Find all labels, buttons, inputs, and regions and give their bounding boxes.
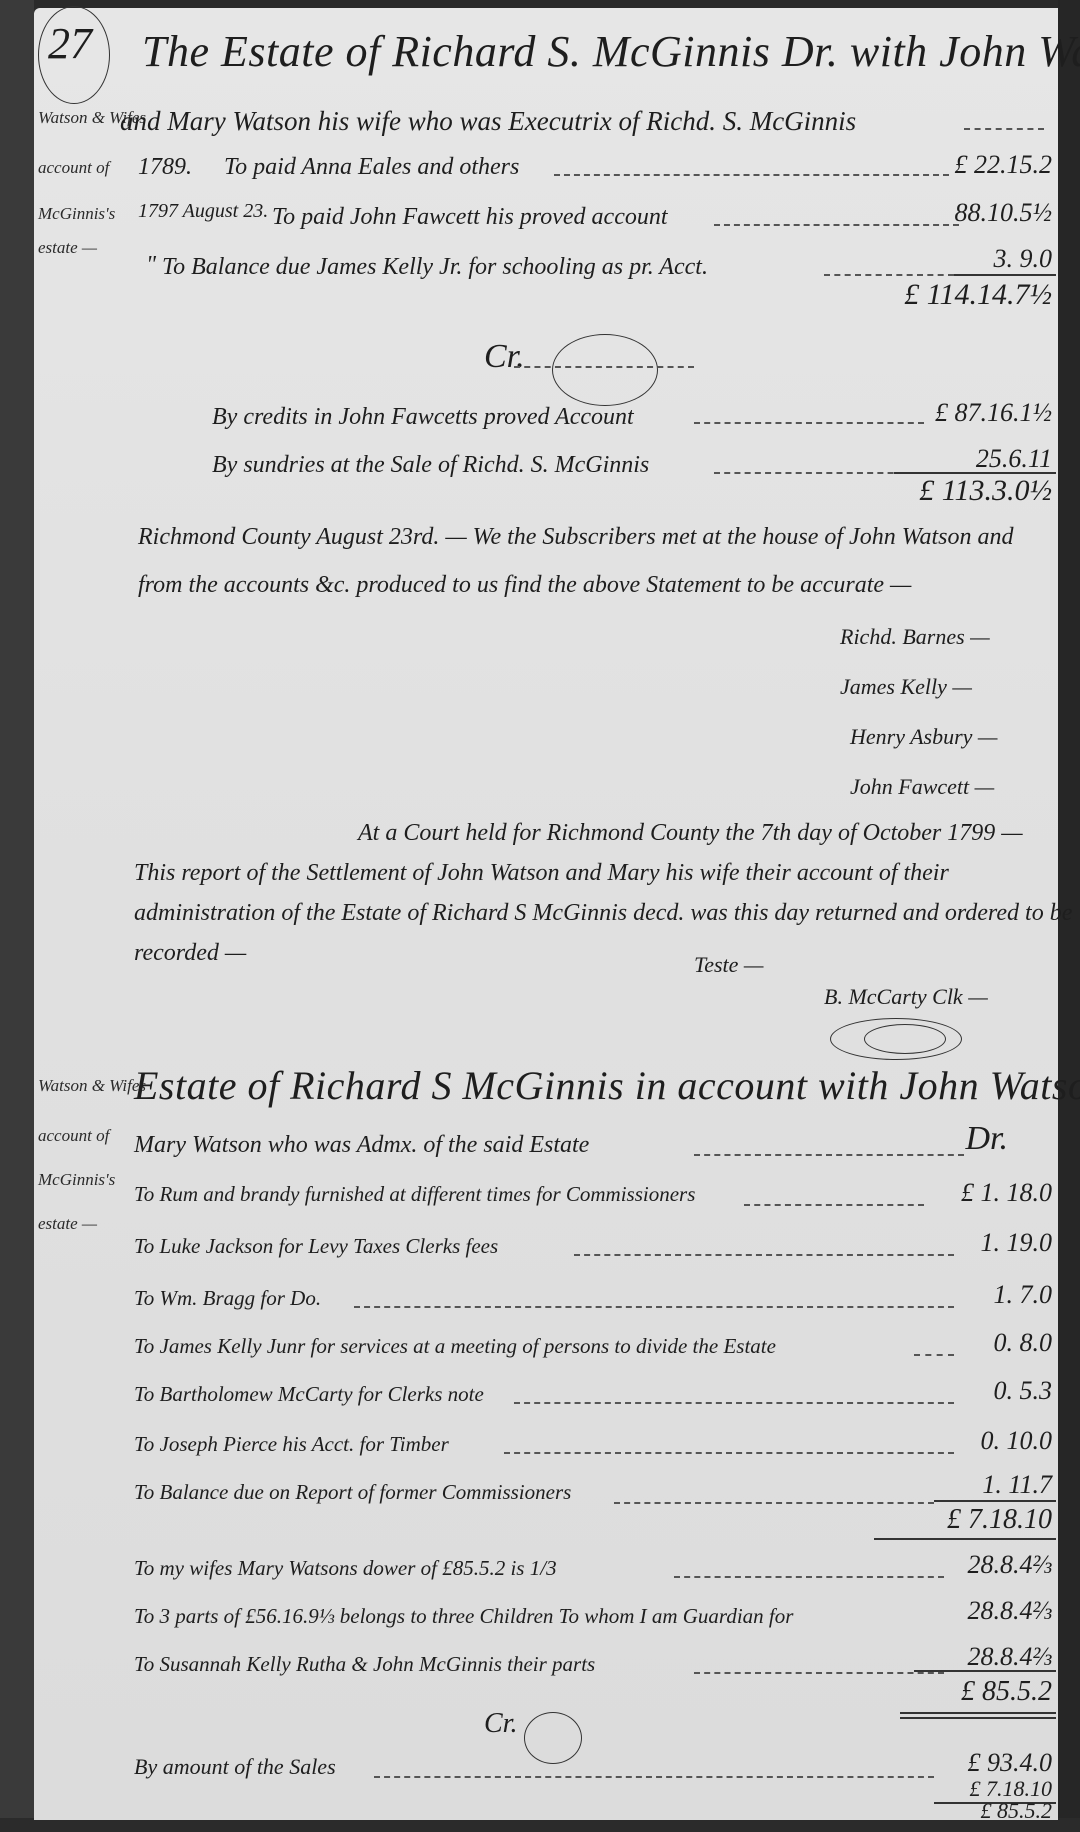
statement-line: Richmond County August 23rd. — We the Su… [138,524,1014,551]
debit-total: £ 114.14.7½ [904,278,1052,312]
margin-note-line: estate — [38,1214,97,1234]
debit-amount: £ 1. 18.0 [961,1178,1052,1208]
heading-flourish [552,334,658,406]
distribution-text: To Susannah Kelly Rutha & John McGinnis … [134,1652,595,1677]
court-record-line: This report of the Settlement of John Wa… [134,860,949,887]
credit-total: £ 113.3.0½ [919,474,1052,508]
debit-amount: 1. 7.0 [994,1280,1053,1310]
leader-dots [374,1776,934,1778]
margin-note-line: account of [38,1126,109,1146]
distribution-total: £ 85.5.2 [961,1676,1052,1708]
debit-date: " [146,252,156,279]
leader-dots [964,128,1044,130]
court-record-line: recorded — [134,940,246,967]
margin-note-line: account of [38,158,109,178]
signature: John Fawcett — [850,774,994,800]
signature: Henry Asbury — [850,724,997,750]
total-rule [954,274,1056,276]
leader-dots [694,1672,944,1674]
distribution-text: To 3 parts of £56.16.9⅓ belongs to three… [134,1604,793,1629]
debit-amount: 1. 19.0 [981,1228,1053,1258]
credit-text: By credits in John Fawcetts proved Accou… [212,404,634,431]
debit-text: To Wm. Bragg for Do. [134,1286,321,1311]
margin-note-line: estate — [38,238,97,258]
debit-date: 1789. [138,154,192,181]
debit-amount: 88.10.5½ [955,198,1053,228]
debit-text: To paid Anna Eales and others [224,154,519,181]
debit-text: To Balance due James Kelly Jr. for schoo… [162,254,708,281]
signature: James Kelly — [840,674,972,700]
credit-heading: Cr. [484,338,525,376]
debit-text: To Rum and brandy furnished at different… [134,1182,695,1207]
debit-heading: Dr. [965,1120,1008,1158]
net-amount: £ 85.5.2 [981,1798,1053,1824]
leader-dots [694,422,924,424]
section1-subtitle: and Mary Watson his wife who was Executr… [120,106,856,137]
leader-dots [504,1452,954,1454]
debit-amount: £ 22.15.2 [955,150,1053,180]
margin-note-line: Watson & Wifes [38,1076,146,1096]
leader-dots [714,472,914,474]
teste: Teste — [694,952,763,978]
debit-text: To Bartholomew McCarty for Clerks note [134,1382,484,1407]
debit-amount: 0. 10.0 [981,1426,1053,1456]
total-rule [934,1500,1056,1502]
leader-dots [574,1254,954,1256]
leader-dots [614,1502,934,1504]
distribution-amount: 28.8.4⅔ [968,1550,1053,1580]
page-number: 27 [48,18,92,69]
leader-dots [554,174,949,176]
distribution-amount: 28.8.4⅔ [968,1596,1053,1626]
debit-text: To Joseph Pierce his Acct. for Timber [134,1432,449,1457]
credit-heading: Cr. [484,1708,517,1740]
section2-subtitle: Mary Watson who was Admx. of the said Es… [134,1132,589,1159]
statement-line: from the accounts &c. produced to us fin… [138,572,911,599]
debit-text: To Luke Jackson for Levy Taxes Clerks fe… [134,1234,498,1259]
double-rule [900,1712,1056,1714]
credit-amount: £ 93.4.0 [968,1748,1053,1778]
credit-amount: £ 87.16.1½ [935,398,1052,428]
debit-text: To Balance due on Report of former Commi… [134,1480,571,1505]
section1-title: The Estate of Richard S. McGinnis Dr. wi… [142,26,1080,77]
debit-text: To James Kelly Junr for services at a me… [134,1334,776,1359]
credit-amount: 25.6.11 [976,444,1052,474]
court-record-line: At a Court held for Richmond County the … [358,820,1023,847]
debit-date: 1797 August 23. [138,200,268,223]
leader-dots [714,224,959,226]
leader-dots [694,1154,964,1156]
debit-subtotal: £ 7.18.10 [947,1504,1052,1536]
leader-dots [514,366,694,368]
total-rule [914,1670,1056,1672]
credit-text: By amount of the Sales [134,1754,336,1780]
debit-amount: 0. 8.0 [994,1328,1053,1358]
leader-dots [514,1402,954,1404]
double-rule [900,1717,1056,1719]
margin-note-line: McGinnis's [38,204,115,224]
clerk-signature: B. McCarty Clk — [824,984,988,1010]
leader-dots [354,1306,954,1308]
ledger-page: 27 Watson & Wifes account of McGinnis's … [34,8,1058,1820]
scan-frame-bottom [0,1818,1080,1832]
court-record-line: administration of the Estate of Richard … [134,900,1072,927]
leader-dots [744,1204,924,1206]
distribution-amount: 28.8.4⅔ [968,1642,1053,1672]
debit-amount: 3. 9.0 [994,244,1053,274]
credit-text: By sundries at the Sale of Richd. S. McG… [212,452,649,479]
debit-amount: 0. 5.3 [994,1376,1053,1406]
scan-frame-left [0,0,34,1832]
debit-amount: 1. 11.7 [982,1470,1052,1500]
clerk-flourish [864,1024,946,1054]
leader-dots [824,274,954,276]
leader-dots [914,1354,954,1356]
section2-title: Estate of Richard S McGinnis in account … [134,1062,1080,1109]
heading-flourish [524,1712,582,1764]
leader-dots [674,1576,944,1578]
debit-text: To paid John Fawcett his proved account [272,204,668,231]
distribution-text: To my wifes Mary Watsons dower of £85.5.… [134,1556,557,1581]
total-rule [874,1538,1056,1540]
margin-note-line: McGinnis's [38,1170,115,1190]
signature: Richd. Barnes — [840,624,990,650]
